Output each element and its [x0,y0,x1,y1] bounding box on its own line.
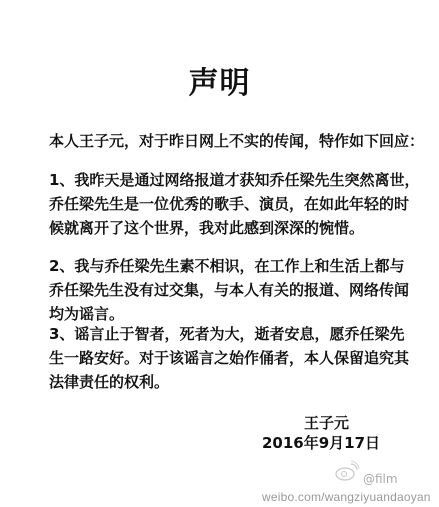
statement-paragraph-1: 1、我昨天是通过网络报道才获知乔任梁先生突然离世， 乔任梁先生是一位优秀的歌手、… [49,168,399,240]
paragraph-line: 生一路安好。对于该谣言之始作俑者，本人保留追究其 [49,346,399,370]
watermark-handle: @film [363,472,398,486]
weibo-logo-icon [334,460,360,482]
statement-paragraph-3: 3、谣言止于智者，死者为大，逝者安息，愿乔任梁先 生一路安好。对于该谣言之始作俑… [49,322,399,394]
paragraph-line: 乔任梁先生没有过交集，与本人有关的报道、网络传闻 [49,278,399,302]
paragraph-line: 1、我昨天是通过网络报道才获知乔任梁先生突然离世， [49,168,399,192]
paragraph-line: 法律责任的权利。 [49,370,399,394]
paragraph-line: 乔任梁先生是一位优秀的歌手、演员，在如此年轻的时 [49,192,399,216]
statement-paragraph-2: 2、我与乔任梁先生素不相识，在工作上和生活上都与 乔任梁先生没有过交集，与本人有… [49,254,399,326]
paragraph-line: 2、我与乔任梁先生素不相识，在工作上和生活上都与 [49,254,399,278]
signature: 王子元 [304,412,349,433]
paragraph-line: 候就离开了这个世界，我对此感到深深的惋惜。 [49,216,399,240]
statement-intro: 本人王子元，对于昨日网上不实的传闻，特作如下回应： [49,130,424,151]
statement-date: 2016年9月17日 [262,432,380,453]
paragraph-line: 3、谣言止于智者，死者为大，逝者安息，愿乔任梁先 [49,322,399,346]
statement-title: 声明 [0,58,439,102]
watermark-url: weibo.com/wangziyuandaoyan [262,490,431,504]
